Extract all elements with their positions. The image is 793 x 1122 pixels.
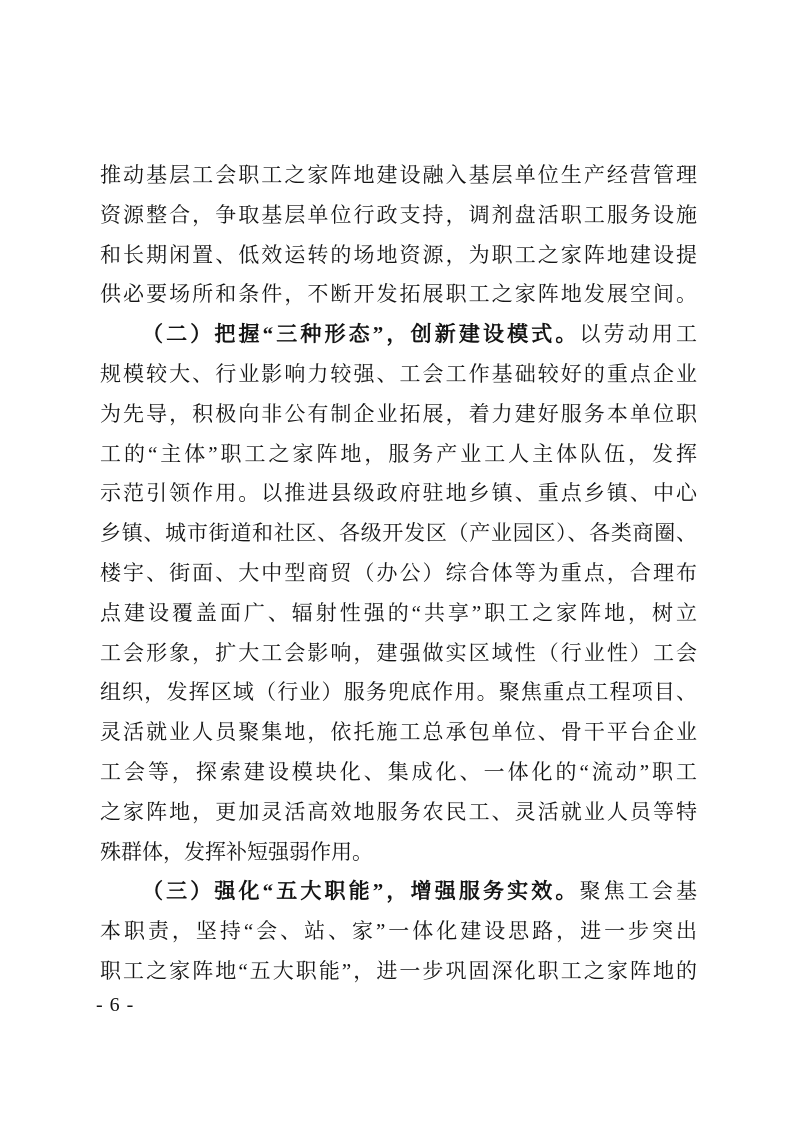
body-text-run: 示范引领作用。以推进县级政府驻地乡镇、重点乡镇、中心 — [100, 481, 697, 505]
body-text-run: 以劳动用工 — [579, 322, 697, 346]
body-text-run: 点建设覆盖面广、辐射性强的“共享”职工之家阵地，树立 — [100, 601, 697, 625]
body-text-run: 工会等，探索建设模块化、集成化、一体化的“流动”职工 — [100, 760, 697, 784]
text-line: 资源整合，争取基层单位行政支持，调剂盘活职工服务设施 — [100, 196, 697, 236]
text-line: 点建设覆盖面广、辐射性强的“共享”职工之家阵地，树立 — [100, 594, 697, 634]
body-text-run: 推动基层工会职工之家阵地建设融入基层单位生产经营管理 — [100, 163, 697, 187]
body-text-run: 灵活就业人员聚集地，依托施工总承包单位、骨干平台企业 — [100, 720, 697, 744]
body-text-run: 为先导，积极向非公有制企业拓展，着力建好服务本单位职 — [100, 402, 697, 426]
text-line: 工会等，探索建设模块化、集成化、一体化的“流动”职工 — [100, 753, 697, 793]
text-line: （二）把握“三种形态”，创新建设模式。以劳动用工 — [100, 315, 697, 355]
text-line: 组织，发挥区域（行业）服务兜底作用。聚焦重点工程项目、 — [100, 673, 697, 713]
body-text-run: 工的“主体”职工之家阵地，服务产业工人主体队伍，发挥 — [100, 442, 697, 466]
text-line: 本职责，坚持“会、站、家”一体化建设思路，进一步突出 — [100, 912, 697, 952]
body-text-run: 之家阵地，更加灵活高效地服务农民工、灵活就业人员等特 — [100, 800, 697, 824]
text-line: 示范引领作用。以推进县级政府驻地乡镇、重点乡镇、中心 — [100, 474, 697, 514]
body-text-run: 乡镇、城市街道和社区、各级开发区（产业园区）、各类商圈、 — [100, 521, 697, 545]
text-line: 为先导，积极向非公有制企业拓展，着力建好服务本单位职 — [100, 395, 697, 435]
body-text-run: 和长期闲置、低效运转的场地资源，为职工之家阵地建设提 — [100, 243, 697, 267]
body-text-run: 殊群体，发挥补短强弱作用。 — [100, 840, 373, 864]
body-text-run: 资源整合，争取基层单位行政支持，调剂盘活职工服务设施 — [100, 203, 697, 227]
document-page: 推动基层工会职工之家阵地建设融入基层单位生产经营管理资源整合，争取基层单位行政支… — [0, 0, 793, 1122]
text-line: 之家阵地，更加灵活高效地服务农民工、灵活就业人员等特 — [100, 793, 697, 833]
text-line: （三）强化“五大职能”，增强服务实效。聚焦工会基 — [100, 872, 697, 912]
body-text-run: 工会形象，扩大工会影响，建强做实区域性（行业性）工会 — [100, 641, 697, 665]
body-text-run: 职工之家阵地“五大职能”，进一步巩固深化职工之家阵地的 — [100, 959, 697, 983]
page-number: - 6 - — [96, 992, 134, 1018]
text-line: 灵活就业人员聚集地，依托施工总承包单位、骨干平台企业 — [100, 713, 697, 753]
section-heading-text: （三）强化“五大职能”，增强服务实效。 — [142, 879, 579, 903]
text-line: 殊群体，发挥补短强弱作用。 — [100, 833, 697, 873]
body-text-run: 楼宇、街面、大中型商贸（办公）综合体等为重点，合理布 — [100, 561, 697, 585]
body-text-run: 供必要场所和条件，不断开发拓展职工之家阵地发展空间。 — [100, 282, 697, 306]
body-text-run: 本职责，坚持“会、站、家”一体化建设思路，进一步突出 — [100, 919, 697, 943]
text-line: 和长期闲置、低效运转的场地资源，为职工之家阵地建设提 — [100, 236, 697, 276]
text-line: 工的“主体”职工之家阵地，服务产业工人主体队伍，发挥 — [100, 435, 697, 475]
body-text-run: 规模较大、行业影响力较强、工会工作基础较好的重点企业 — [100, 362, 697, 386]
text-line: 职工之家阵地“五大职能”，进一步巩固深化职工之家阵地的 — [100, 952, 697, 992]
text-line: 供必要场所和条件，不断开发拓展职工之家阵地发展空间。 — [100, 275, 697, 315]
body-text-run: 组织，发挥区域（行业）服务兜底作用。聚焦重点工程项目、 — [100, 680, 697, 704]
text-line: 楼宇、街面、大中型商贸（办公）综合体等为重点，合理布 — [100, 554, 697, 594]
text-line: 规模较大、行业影响力较强、工会工作基础较好的重点企业 — [100, 355, 697, 395]
section-heading-text: （二）把握“三种形态”，创新建设模式。 — [142, 322, 579, 346]
text-line: 推动基层工会职工之家阵地建设融入基层单位生产经营管理 — [100, 156, 697, 196]
body-text-run: 聚焦工会基 — [579, 879, 697, 903]
text-lines: 推动基层工会职工之家阵地建设融入基层单位生产经营管理资源整合，争取基层单位行政支… — [100, 156, 697, 992]
text-line: 工会形象，扩大工会影响，建强做实区域性（行业性）工会 — [100, 634, 697, 674]
text-line: 乡镇、城市街道和社区、各级开发区（产业园区）、各类商圈、 — [100, 514, 697, 554]
